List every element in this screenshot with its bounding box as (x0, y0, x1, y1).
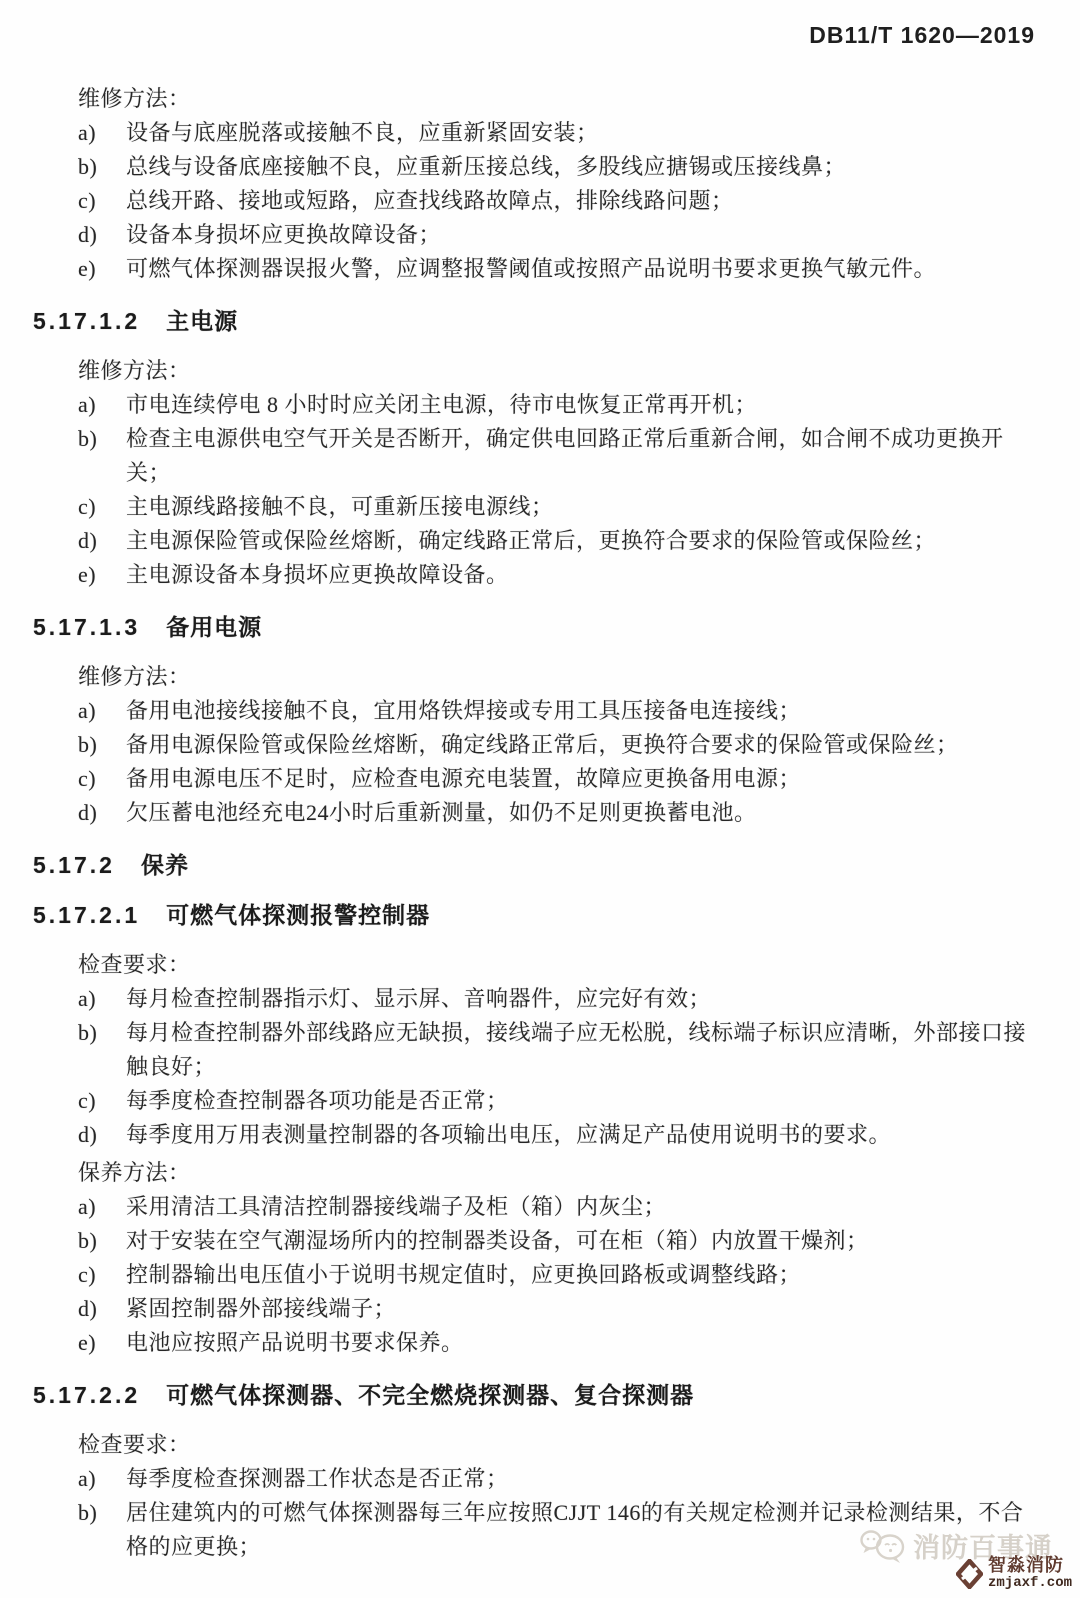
list-label: 维修方法： (78, 354, 1035, 388)
item-letter: c) (78, 1258, 126, 1292)
watermark-zhimiao-fire: 智淼消防 zmjaxf.com (956, 1556, 1072, 1591)
list-item: a)市电连续停电 8 小时时应关闭主电源，待市电恢复正常再开机； (78, 388, 1035, 422)
item-letter: a) (78, 1190, 126, 1224)
lettered-list: a)备用电池接线接触不良，宜用烙铁焊接或专用工具压接备电连接线；b)备用电源保险… (78, 694, 1035, 830)
item-text: 紧固控制器外部接线端子； (126, 1292, 1035, 1326)
item-letter: b) (78, 1016, 126, 1084)
lettered-list: a)市电连续停电 8 小时时应关闭主电源，待市电恢复正常再开机；b)检查主电源供… (78, 388, 1035, 592)
list-item: e)电池应按照产品说明书要求保养。 (78, 1326, 1035, 1360)
list-label: 维修方法： (78, 660, 1035, 694)
list-item: c)控制器输出电压值小于说明书规定值时，应更换回路板或调整线路； (78, 1258, 1035, 1292)
list-item: c)备用电源电压不足时，应检查电源充电装置，故障应更换备用电源； (78, 762, 1035, 796)
item-letter: b) (78, 728, 126, 762)
section-heading: 5.17.1.2主电源 (33, 306, 1035, 336)
section-title: 可燃气体探测器、不完全燃烧探测器、复合探测器 (166, 1382, 694, 1408)
section-heading: 5.17.2保养 (33, 850, 1035, 880)
list-item: d)设备本身损坏应更换故障设备； (78, 218, 1035, 252)
item-letter: a) (78, 982, 126, 1016)
list-item: c)主电源线路接触不良，可重新压接电源线； (78, 490, 1035, 524)
item-text: 每月检查控制器指示灯、显示屏、音响器件，应完好有效； (126, 982, 1035, 1016)
list-item: b)对于安装在空气潮湿场所内的控制器类设备，可在柜（箱）内放置干燥剂； (78, 1224, 1035, 1258)
list-label: 保养方法： (78, 1156, 1035, 1190)
list-item: a)每月检查控制器指示灯、显示屏、音响器件，应完好有效； (78, 982, 1035, 1016)
chat-bubbles-icon (860, 1528, 906, 1564)
watermark-logo-domain: zmjaxf.com (988, 1575, 1072, 1591)
item-letter: b) (78, 1224, 126, 1258)
item-letter: d) (78, 1118, 126, 1152)
diamond-logo-icon (956, 1559, 983, 1589)
item-letter: e) (78, 252, 126, 286)
list-item: e)主电源设备本身损坏应更换故障设备。 (78, 558, 1035, 592)
section-number: 5.17.2 (33, 852, 115, 878)
item-letter: a) (78, 1462, 126, 1496)
item-text: 备用电源保险管或保险丝熔断，确定线路正常后，更换符合要求的保险管或保险丝； (126, 728, 1035, 762)
item-text: 总线开路、接地或短路，应查找线路故障点，排除线路问题； (126, 184, 1035, 218)
lettered-list: a)设备与底座脱落或接触不良，应重新紧固安装；b)总线与设备底座接触不良，应重新… (78, 116, 1035, 286)
item-letter: b) (78, 422, 126, 490)
item-text: 电池应按照产品说明书要求保养。 (126, 1326, 1035, 1360)
section-title: 可燃气体探测报警控制器 (166, 902, 430, 928)
list-label: 维修方法： (78, 82, 1035, 116)
list-item: e)可燃气体探测器误报火警，应调整报警阈值或按照产品说明书要求更换气敏元件。 (78, 252, 1035, 286)
item-text: 每季度检查探测器工作状态是否正常； (126, 1462, 1035, 1496)
item-letter: d) (78, 796, 126, 830)
section-number: 5.17.2.1 (33, 902, 140, 928)
doc-content: 维修方法：a)设备与底座脱落或接触不良，应重新紧固安装；b)总线与设备底座接触不… (0, 82, 1080, 1564)
section-heading: 5.17.1.3备用电源 (33, 612, 1035, 642)
item-text: 设备本身损坏应更换故障设备； (126, 218, 1035, 252)
item-text: 欠压蓄电池经充电24小时后重新测量，如仍不足则更换蓄电池。 (126, 796, 1035, 830)
section-title: 保养 (141, 852, 189, 878)
item-text: 控制器输出电压值小于说明书规定值时，应更换回路板或调整线路； (126, 1258, 1035, 1292)
list-item: a)备用电池接线接触不良，宜用烙铁焊接或专用工具压接备电连接线； (78, 694, 1035, 728)
list-item: c)每季度检查控制器各项功能是否正常； (78, 1084, 1035, 1118)
section-title: 主电源 (166, 308, 238, 334)
list-item: a)采用清洁工具清洁控制器接线端子及柜（箱）内灰尘； (78, 1190, 1035, 1224)
item-letter: e) (78, 558, 126, 592)
item-text: 对于安装在空气潮湿场所内的控制器类设备，可在柜（箱）内放置干燥剂； (126, 1224, 1035, 1258)
item-text: 总线与设备底座接触不良，应重新压接总线，多股线应搪锡或压接线鼻； (126, 150, 1035, 184)
item-letter: a) (78, 694, 126, 728)
item-letter: d) (78, 524, 126, 558)
list-label: 检查要求： (78, 1428, 1035, 1462)
item-text: 主电源线路接触不良，可重新压接电源线； (126, 490, 1035, 524)
lettered-list: a)每月检查控制器指示灯、显示屏、音响器件，应完好有效；b)每月检查控制器外部线… (78, 982, 1035, 1152)
section-number: 5.17.2.2 (33, 1382, 140, 1408)
item-letter: a) (78, 388, 126, 422)
list-item: b)每月检查控制器外部线路应无缺损，接线端子应无松脱，线标端子标识应清晰，外部接… (78, 1016, 1035, 1084)
list-item: a)每季度检查探测器工作状态是否正常； (78, 1462, 1035, 1496)
item-text: 可燃气体探测器误报火警，应调整报警阈值或按照产品说明书要求更换气敏元件。 (126, 252, 1035, 286)
watermark-logo-title: 智淼消防 (988, 1556, 1072, 1575)
item-letter: c) (78, 1084, 126, 1118)
item-text: 采用清洁工具清洁控制器接线端子及柜（箱）内灰尘； (126, 1190, 1035, 1224)
section-title: 备用电源 (166, 614, 262, 640)
item-text: 主电源保险管或保险丝熔断，确定线路正常后，更换符合要求的保险管或保险丝； (126, 524, 1035, 558)
section-heading: 5.17.2.2可燃气体探测器、不完全燃烧探测器、复合探测器 (33, 1380, 1035, 1410)
list-item: c)总线开路、接地或短路，应查找线路故障点，排除线路问题； (78, 184, 1035, 218)
item-text: 检查主电源供电空气开关是否断开，确定供电回路正常后重新合闸，如合闸不成功更换开关… (126, 422, 1035, 490)
item-letter: b) (78, 1496, 126, 1564)
list-item: d)紧固控制器外部接线端子； (78, 1292, 1035, 1326)
item-text: 备用电源电压不足时，应检查电源充电装置，故障应更换备用电源； (126, 762, 1035, 796)
item-letter: e) (78, 1326, 126, 1360)
item-letter: c) (78, 490, 126, 524)
list-item: b)检查主电源供电空气开关是否断开，确定供电回路正常后重新合闸，如合闸不成功更换… (78, 422, 1035, 490)
document-page: DB11/T 1620—2019 维修方法：a)设备与底座脱落或接触不良，应重新… (0, 0, 1080, 1598)
item-letter: a) (78, 116, 126, 150)
list-label: 检查要求： (78, 948, 1035, 982)
item-text: 每季度用万用表测量控制器的各项输出电压，应满足产品使用说明书的要求。 (126, 1118, 1035, 1152)
list-item: a)设备与底座脱落或接触不良，应重新紧固安装； (78, 116, 1035, 150)
item-letter: d) (78, 1292, 126, 1326)
item-text: 设备与底座脱落或接触不良，应重新紧固安装； (126, 116, 1035, 150)
item-text: 市电连续停电 8 小时时应关闭主电源，待市电恢复正常再开机； (126, 388, 1035, 422)
section-heading: 5.17.2.1可燃气体探测报警控制器 (33, 900, 1035, 930)
lettered-list: a)采用清洁工具清洁控制器接线端子及柜（箱）内灰尘；b)对于安装在空气潮湿场所内… (78, 1190, 1035, 1360)
section-number: 5.17.1.2 (33, 308, 140, 334)
list-item: d)主电源保险管或保险丝熔断，确定线路正常后，更换符合要求的保险管或保险丝； (78, 524, 1035, 558)
doc-number: DB11/T 1620—2019 (0, 0, 1080, 50)
item-letter: b) (78, 150, 126, 184)
item-text: 主电源设备本身损坏应更换故障设备。 (126, 558, 1035, 592)
item-letter: d) (78, 218, 126, 252)
item-letter: c) (78, 184, 126, 218)
list-item: b)备用电源保险管或保险丝熔断，确定线路正常后，更换符合要求的保险管或保险丝； (78, 728, 1035, 762)
list-item: d)每季度用万用表测量控制器的各项输出电压，应满足产品使用说明书的要求。 (78, 1118, 1035, 1152)
list-item: d)欠压蓄电池经充电24小时后重新测量，如仍不足则更换蓄电池。 (78, 796, 1035, 830)
item-letter: c) (78, 762, 126, 796)
section-number: 5.17.1.3 (33, 614, 140, 640)
item-text: 每季度检查控制器各项功能是否正常； (126, 1084, 1035, 1118)
item-text: 备用电池接线接触不良，宜用烙铁焊接或专用工具压接备电连接线； (126, 694, 1035, 728)
item-text: 每月检查控制器外部线路应无缺损，接线端子应无松脱，线标端子标识应清晰，外部接口接… (126, 1016, 1035, 1084)
list-item: b)总线与设备底座接触不良，应重新压接总线，多股线应搪锡或压接线鼻； (78, 150, 1035, 184)
